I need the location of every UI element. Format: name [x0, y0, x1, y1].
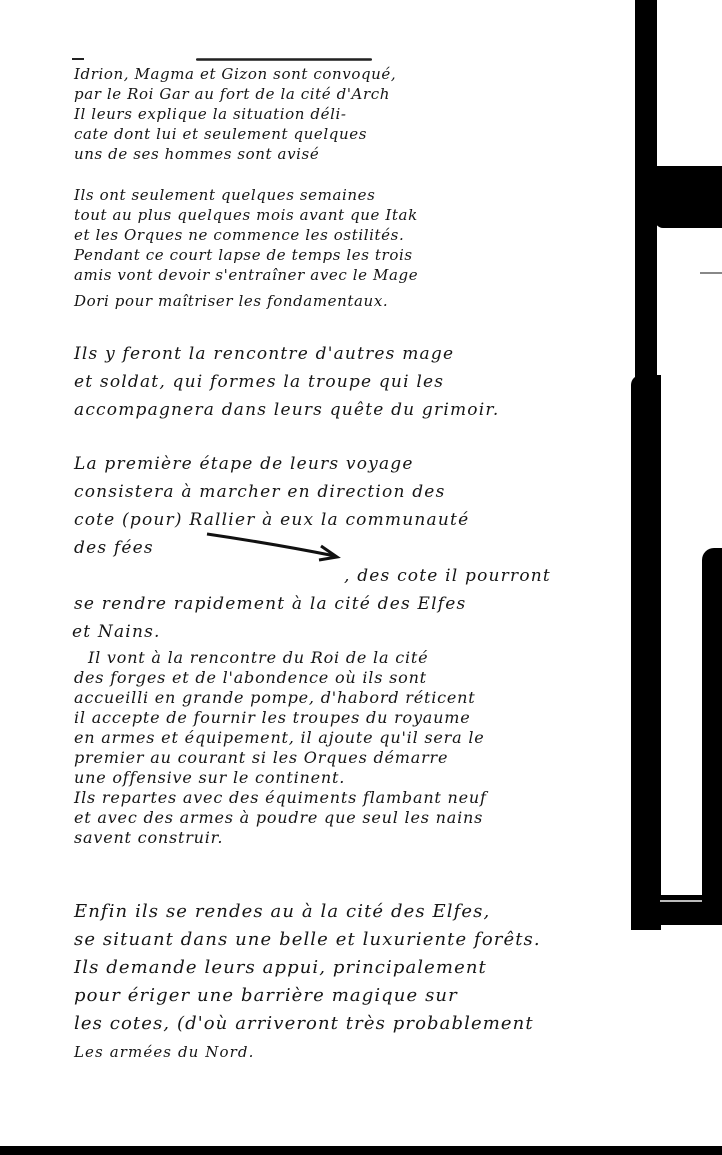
text-line: et les Orques ne commence les ostilités.: [74, 225, 634, 245]
text-line: se rendre rapidement à la cité des Elfes: [74, 590, 634, 618]
text-line: premier au courant si les Orques démarre: [74, 748, 634, 768]
paragraph-4: La première étape de leurs voyage consis…: [74, 450, 634, 646]
text-line: Enfin ils se rendes au à la cité des Elf…: [74, 898, 634, 926]
text-line: Les armées du Nord.: [74, 1038, 634, 1066]
paragraph-3: Ils y feront la rencontre d'autres mage …: [74, 340, 634, 424]
text-line: Dori pour maîtriser les fondamentaux.: [74, 291, 634, 311]
text-line: Ils demande leurs appui, principalement: [74, 954, 634, 982]
paragraph-1: Idrion, Magma et Gizon sont convoqué, pa…: [74, 64, 634, 164]
text-line: des fées: [74, 534, 634, 562]
paragraph-5: Il vont à la rencontre du Roi de la cité…: [74, 648, 634, 848]
text-line: Ils y feront la rencontre d'autres mage: [74, 340, 634, 368]
text-line: La première étape de leurs voyage: [74, 450, 634, 478]
text-line: et avec des armes à poudre que seul les …: [74, 808, 634, 828]
text-line: et Nains.: [72, 618, 634, 646]
arrow-icon: [205, 530, 345, 562]
text-line: accompagnera dans leurs quête du grimoir…: [74, 396, 634, 424]
text-line: des forges et de l'abondence où ils sont: [74, 668, 634, 688]
text-line: Il leurs explique la situation déli-: [74, 104, 634, 124]
frame-tab-upper: [655, 166, 722, 228]
text-line: , des cote il pourront: [74, 562, 634, 590]
text-line: et soldat, qui formes la troupe qui les: [74, 368, 634, 396]
text-line: une offensive sur le continent.: [74, 768, 634, 788]
frame-bar-lower: [631, 375, 661, 930]
text-line: uns de ses hommes sont avisé: [74, 144, 634, 164]
paragraph-6: Enfin ils se rendes au à la cité des Elf…: [74, 898, 634, 1066]
text-line: tout au plus quelques mois avant que Ita…: [74, 205, 634, 225]
text-line: cote (pour) Rallier à eux la communauté: [74, 506, 634, 534]
text-line: se situant dans une belle et luxuriente …: [74, 926, 634, 954]
text-line: pour ériger une barrière magique sur: [74, 982, 634, 1010]
text-line: consistera à marcher en direction des: [74, 478, 634, 506]
text-line: par le Roi Gar au fort de la cité d'Arch: [74, 84, 634, 104]
paragraph-2: Ils ont seulement quelques semaines tout…: [74, 185, 634, 311]
text-line: cate dont lui et seulement quelques: [74, 124, 634, 144]
frame-inner-line: [660, 900, 702, 902]
text-line: Ils ont seulement quelques semaines: [74, 185, 634, 205]
text-line: les cotes, (d'où arriveront très probabl…: [74, 1010, 634, 1038]
text-line: savent construir.: [74, 828, 634, 848]
frame-bar-right: [702, 548, 722, 923]
text-line: Ils repartes avec des équiments flambant…: [74, 788, 634, 808]
text-line: amis vont devoir s'entraîner avec le Mag…: [74, 265, 634, 285]
text-line: accueilli en grande pompe, d'habord réti…: [74, 688, 634, 708]
text-line: Il vont à la rencontre du Roi de la cité: [74, 648, 634, 668]
margin-mark: [72, 58, 84, 60]
bottom-bar: [0, 1146, 722, 1155]
text-line: il accepte de fournir les troupes du roy…: [74, 708, 634, 728]
text-line: en armes et équipement, il ajoute qu'il …: [74, 728, 634, 748]
scanned-page: Idrion, Magma et Gizon sont convoqué, pa…: [0, 0, 722, 1155]
title-strike-line: [196, 58, 372, 61]
frame-tick: [700, 272, 722, 274]
text-line: Idrion, Magma et Gizon sont convoqué,: [74, 64, 634, 84]
text-line: Pendant ce court lapse de temps les troi…: [74, 245, 634, 265]
